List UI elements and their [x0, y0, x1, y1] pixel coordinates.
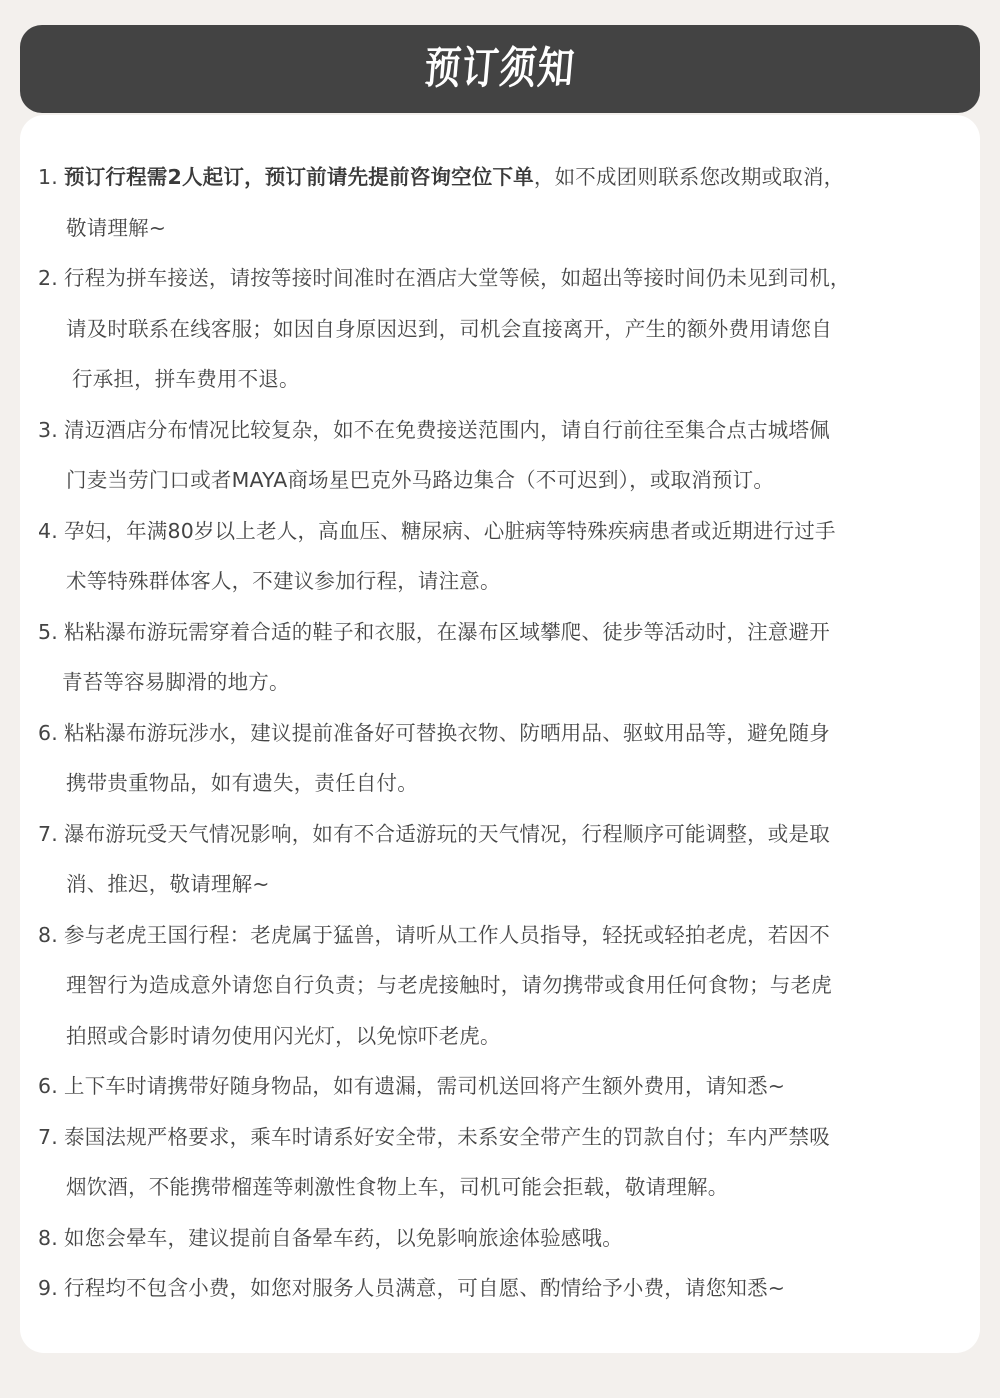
note-number: 8.: [38, 1213, 64, 1264]
note-line: 6.粘粘瀑布游玩涉水，建议提前准备好可替换衣物、防晒用品、驱蚊用品等，避免随身: [38, 708, 968, 759]
note-continuation: 烟饮酒，不能携带榴莲等刺激性食物上车，司机可能会拒载，敬请理解。: [38, 1162, 968, 1213]
note-item-2: 2.行程为拼车接送，请按等接时间准时在酒店大堂等候，如超出等接时间仍未见到司机，…: [38, 253, 968, 405]
note-text: 粘粘瀑布游玩需穿着合适的鞋子和衣服，在瀑布区域攀爬、徒步等活动时，注意避开: [64, 620, 830, 644]
note-item-12: 9.行程均不包含小费，如您对服务人员满意，可自愿、酌情给予小费，请您知悉~: [38, 1263, 968, 1314]
note-item-5: 5.粘粘瀑布游玩需穿着合适的鞋子和衣服，在瀑布区域攀爬、徒步等活动时，注意避开 …: [38, 607, 968, 708]
note-text: 孕妇，年满80岁以上老人，高血压、糖尿病、心脏病等特殊疾病患者或近期进行过手: [64, 519, 836, 543]
booking-notes-list: 1.预订行程需2人起订，预订前请先提前咨询空位下单，如不成团则联系您改期或取消，…: [38, 152, 968, 1314]
note-line: 4.孕妇，年满80岁以上老人，高血压、糖尿病、心脏病等特殊疾病患者或近期进行过手: [38, 506, 968, 557]
note-continuation: 消、推迟，敬请理解~: [38, 859, 968, 910]
note-text: 泰国法规严格要求，乘车时请系好安全带，未系安全带产生的罚款自付；车内严禁吸: [64, 1125, 830, 1149]
note-text: 上下车时请携带好随身物品，如有遗漏，需司机送回将产生额外费用，请知悉~: [64, 1074, 785, 1098]
note-item-6: 6.粘粘瀑布游玩涉水，建议提前准备好可替换衣物、防晒用品、驱蚊用品等，避免随身 …: [38, 708, 968, 809]
note-line: 8.参与老虎王国行程：老虎属于猛兽，请听从工作人员指导，轻抚或轻拍老虎，若因不: [38, 910, 968, 961]
note-number: 9.: [38, 1263, 64, 1314]
note-line: 7.泰国法规严格要求，乘车时请系好安全带，未系安全带产生的罚款自付；车内严禁吸: [38, 1112, 968, 1163]
note-line: 9.行程均不包含小费，如您对服务人员满意，可自愿、酌情给予小费，请您知悉~: [38, 1263, 968, 1314]
note-text: 行程为拼车接送，请按等接时间准时在酒店大堂等候，如超出等接时间仍未见到司机，: [64, 266, 851, 290]
note-continuation: 青苔等容易脚滑的地方。: [38, 657, 968, 708]
note-emphasis-text: 预订行程需2人起订，预订前请先提前咨询空位下单: [64, 165, 534, 189]
note-number: 8.: [38, 910, 64, 961]
note-text: 行程均不包含小费，如您对服务人员满意，可自愿、酌情给予小费，请您知悉~: [64, 1276, 785, 1300]
note-line: 8.如您会晕车，建议提前自备晕车药，以免影响旅途体验感哦。: [38, 1213, 968, 1264]
note-line: 6.上下车时请携带好随身物品，如有遗漏，需司机送回将产生额外费用，请知悉~: [38, 1061, 968, 1112]
note-number: 2.: [38, 253, 64, 304]
note-number: 1.: [38, 152, 64, 203]
note-number: 6.: [38, 708, 64, 759]
note-text: 如您会晕车，建议提前自备晕车药，以免影响旅途体验感哦。: [64, 1226, 623, 1250]
note-item-3: 3.清迈酒店分布情况比较复杂，如不在免费接送范围内，请自行前往至集合点古城塔佩 …: [38, 405, 968, 506]
note-line: 3.清迈酒店分布情况比较复杂，如不在免费接送范围内，请自行前往至集合点古城塔佩: [38, 405, 968, 456]
note-text: ，如不成团则联系您改期或取消，: [534, 165, 845, 189]
note-line: 7.瀑布游玩受天气情况影响，如有不合适游玩的天气情况，行程顺序可能调整，或是取: [38, 809, 968, 860]
note-continuation: 理智行为造成意外请您自行负责；与老虎接触时，请勿携带或食用任何食物；与老虎: [38, 960, 968, 1011]
note-item-8: 8.参与老虎王国行程：老虎属于猛兽，请听从工作人员指导，轻抚或轻拍老虎，若因不 …: [38, 910, 968, 1062]
note-text: 参与老虎王国行程：老虎属于猛兽，请听从工作人员指导，轻抚或轻拍老虎，若因不: [64, 923, 830, 947]
note-continuation: 拍照或合影时请勿使用闪光灯，以免惊吓老虎。: [38, 1011, 968, 1062]
note-number: 4.: [38, 506, 64, 557]
note-number: 7.: [38, 809, 64, 860]
note-item-9: 6.上下车时请携带好随身物品，如有遗漏，需司机送回将产生额外费用，请知悉~: [38, 1061, 968, 1112]
note-number: 6.: [38, 1061, 64, 1112]
note-item-10: 7.泰国法规严格要求，乘车时请系好安全带，未系安全带产生的罚款自付；车内严禁吸 …: [38, 1112, 968, 1213]
note-item-1: 1.预订行程需2人起订，预订前请先提前咨询空位下单，如不成团则联系您改期或取消，…: [38, 152, 968, 253]
note-continuation: 门麦当劳门口或者MAYA商场星巴克外马路边集合（不可迟到），或取消预订。: [38, 455, 968, 506]
note-line: 5.粘粘瀑布游玩需穿着合适的鞋子和衣服，在瀑布区域攀爬、徒步等活动时，注意避开: [38, 607, 968, 658]
note-text: 瀑布游玩受天气情况影响，如有不合适游玩的天气情况，行程顺序可能调整，或是取: [64, 822, 830, 846]
note-text: 粘粘瀑布游玩涉水，建议提前准备好可替换衣物、防晒用品、驱蚊用品等，避免随身: [64, 721, 830, 745]
note-line: 2.行程为拼车接送，请按等接时间准时在酒店大堂等候，如超出等接时间仍未见到司机，: [38, 253, 968, 304]
note-item-11: 8.如您会晕车，建议提前自备晕车药，以免影响旅途体验感哦。: [38, 1213, 968, 1264]
note-number: 7.: [38, 1112, 64, 1163]
note-continuation: 敬请理解~: [38, 203, 968, 254]
note-continuation: 术等特殊群体客人，不建议参加行程，请注意。: [38, 556, 968, 607]
note-number: 3.: [38, 405, 64, 456]
note-continuation: 行承担，拼车费用不退。: [38, 354, 968, 405]
note-text: 清迈酒店分布情况比较复杂，如不在免费接送范围内，请自行前往至集合点古城塔佩: [64, 418, 830, 442]
note-number: 5.: [38, 607, 64, 658]
note-item-7: 7.瀑布游玩受天气情况影响，如有不合适游玩的天气情况，行程顺序可能调整，或是取 …: [38, 809, 968, 910]
page-header: 预订须知: [20, 25, 980, 113]
note-item-4: 4.孕妇，年满80岁以上老人，高血压、糖尿病、心脏病等特殊疾病患者或近期进行过手…: [38, 506, 968, 607]
booking-notes-card: 1.预订行程需2人起订，预订前请先提前咨询空位下单，如不成团则联系您改期或取消，…: [20, 115, 980, 1353]
note-continuation: 请及时联系在线客服；如因自身原因迟到，司机会直接离开，产生的额外费用请您自: [38, 304, 968, 355]
note-line: 1.预订行程需2人起订，预订前请先提前咨询空位下单，如不成团则联系您改期或取消，: [38, 152, 968, 203]
note-continuation: 携带贵重物品，如有遗失，责任自付。: [38, 758, 968, 809]
page-title: 预订须知: [423, 47, 578, 91]
